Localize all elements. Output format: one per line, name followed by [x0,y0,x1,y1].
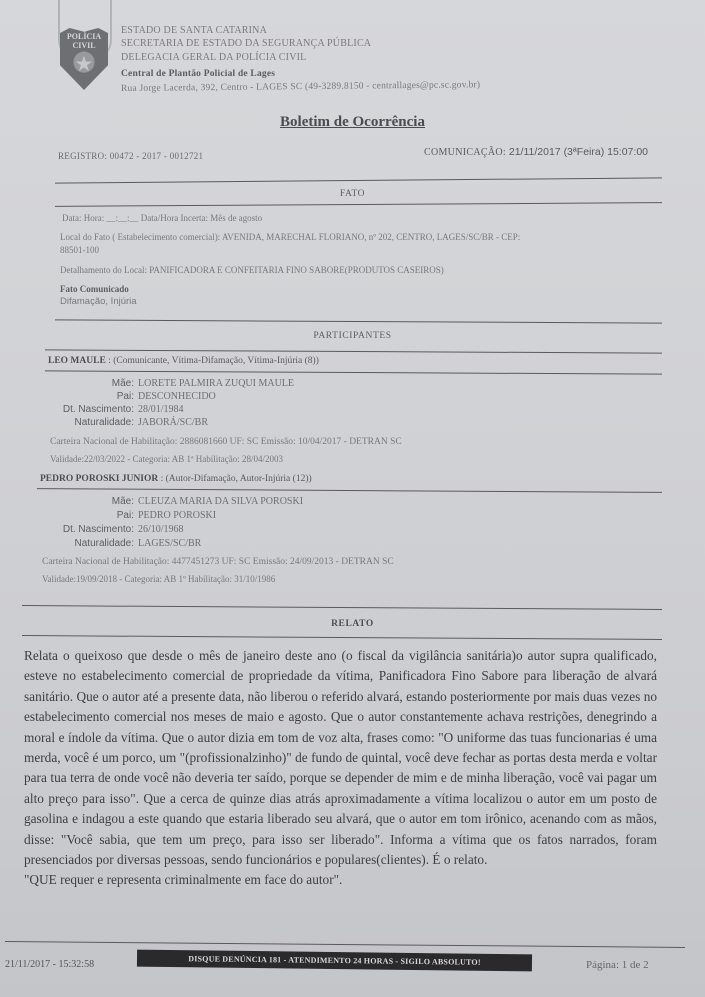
participant-2-pai: PEDRO POROSKI [138,510,216,521]
header-delegacia: DELEGACIA GERAL DA POLÍCIA CIVIL [121,52,306,63]
fato-comunicado-value: Difamação, Injúria [60,296,137,307]
divider [55,202,662,207]
participant-2-cnh: Carteira Nacional de Habilitação: 447745… [42,557,394,567]
participant-1-header: LEO MAULE : (Comunicante, Vítima-Difamaç… [48,356,319,366]
relato-body: Relata o queixoso que desde o mês de jan… [24,646,657,891]
star-icon: ★ [76,54,92,74]
participant-2-mae-label: Mãe: [40,496,134,507]
badge-text-line1: POLÍCIA [67,32,101,41]
footer-print-datetime: 21/11/2017 - 15:32:58 [5,959,94,970]
comunicacao: COMUNICAÇÃO: 21/11/2017 (3ªFeira) 15:07:… [424,146,648,158]
participant-2-nat-label: Naturalidade: [30,538,134,549]
fato-date-line: Data: Hora: __:__:__ Data/Hora Incerta: … [62,213,262,223]
divider [22,635,662,640]
participant-2-nasc: 26/10/1968 [138,524,184,535]
participant-2-validade: Validade:19/09/2018 - Categoria: AB 1º H… [42,574,275,584]
participant-1-name: LEO MAULE [48,356,106,366]
divider [45,370,662,374]
participant-1-mae: LORETE PALMIRA ZUQUI MAULE [138,378,294,389]
participant-2-header: PEDRO POROSKI JUNIOR : (Autor-Difamação,… [40,474,312,484]
participant-1-nasc-label: Dt. Nascimento: [40,404,134,415]
participant-2-roles: : (Autor-Difamação, Autor-Injúria (12)) [158,474,311,484]
participant-1-pai: DESCONHECIDO [138,391,216,402]
participant-2-nasc-label: Dt. Nascimento: [30,524,134,535]
fato-detalhamento: Detalhamento do Local: PANIFICADORA E CO… [60,265,444,275]
participant-1-nat-label: Naturalidade: [40,417,134,428]
participant-1-pai-label: Pai: [50,391,134,402]
disque-denuncia-banner: DISQUE DENÚNCIA 181 - ATENDIMENTO 24 HOR… [137,950,532,972]
registro-number: REGISTRO: 00472 - 2017 - 0012721 [58,151,203,161]
divider [55,177,662,183]
fato-comunicado-label: Fato Comunicado [60,284,129,294]
section-title-participantes: PARTICIPANTES [0,331,705,341]
participant-1-validade: Validade:22/03/2022 - Categoria: AB 1ª H… [50,454,283,464]
divider [55,319,662,323]
participant-1-nat: JABORÁ/SC/BR [138,417,208,428]
footer-divider [5,941,685,948]
relato-paragraph: Relata o queixoso que desde o mês de jan… [24,646,657,870]
header-secretaria: SECRETARIA DE ESTADO DA SEGURANÇA PÚBLIC… [121,38,371,49]
participant-1-mae-label: Mãe: [50,378,134,389]
participant-2-pai-label: Pai: [40,510,134,521]
badge-text-line2: CIVIL [72,41,95,50]
header-address: Rua Jorge Lacerda, 392, Centro - LAGES S… [121,80,480,94]
section-title-fato: FATO [0,189,705,199]
fato-local-line1: Local do Fato ( Estabelecimento comercia… [60,232,520,242]
participant-1-cnh: Carteira Nacional de Habilitação: 288608… [50,437,402,447]
comunicacao-value: 21/11/2017 (3ªFeira) 15:07:00 [509,146,648,158]
comunicacao-label: COMUNICAÇÃO: [424,147,506,158]
participant-2-nat: LAGES/SC/BR [138,538,201,549]
document-title: Boletim de Ocorrência [0,114,705,131]
participant-1-roles: : (Comunicante, Vítima-Difamação, Vítima… [106,356,319,366]
policia-civil-badge-logo: POLÍCIA CIVIL ★ [60,28,108,90]
participant-2-name: PEDRO POROSKI JUNIOR [40,474,158,484]
page-number: Página: 1 de 2 [586,959,649,971]
section-title-relato: RELATO [0,619,705,629]
divider [22,605,662,610]
relato-closing: "QUE requer e representa criminalmente e… [24,870,657,890]
header-state: ESTADO DE SANTA CATARINA [121,25,267,36]
participant-1-nasc: 28/01/1984 [138,404,184,415]
participant-2-mae: CLEUZA MARIA DA SILVA POROSKI [138,496,303,507]
divider [45,349,662,353]
fato-local-cep: 88501-100 [60,245,99,255]
header-unit: Central de Plantão Policial de Lages [121,69,275,79]
divider [37,488,662,493]
